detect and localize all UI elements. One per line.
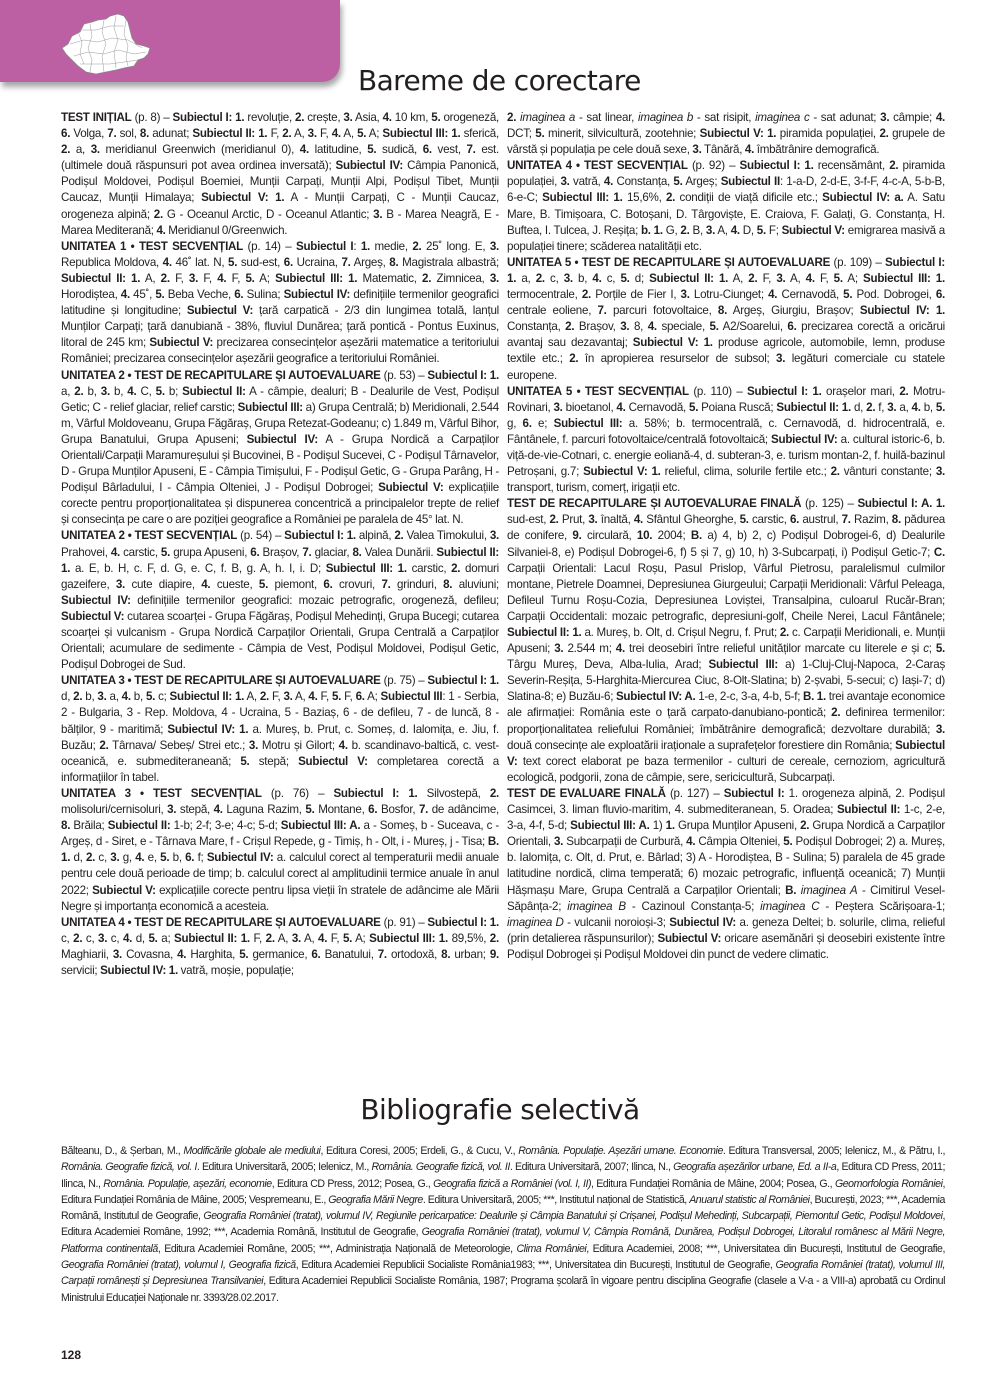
answer-entry: 2. imaginea a - sat linear, imaginea b -… [507, 110, 945, 158]
chapter-header-bar [0, 0, 340, 82]
answer-entry: TEST DE EVALUARE FINALĂ (p. 127) – Subie… [507, 786, 945, 963]
answer-entry: TEST DE RECAPITULARE ȘI AUTOEVALURAE FIN… [507, 496, 945, 786]
answer-entry: UNITATEA 5 • TEST SECVENȚIAL (p. 110) – … [507, 384, 945, 497]
answer-entry: UNITATEA 5 • TEST DE RECAPITULARE ȘI AUT… [507, 255, 945, 384]
bibliography-text: Bălteanu, D., & Șerban, M., Modificările… [61, 1143, 945, 1306]
answer-key-right-column: 2. imaginea a - sat linear, imaginea b -… [507, 110, 945, 979]
answer-key: TEST INIȚIAL (p. 8) – Subiectul I: 1. re… [61, 110, 945, 979]
page-number: 128 [61, 1348, 81, 1362]
page-title: Bareme de corectare [358, 64, 641, 97]
romania-map-icon [58, 10, 156, 76]
answer-entry: UNITATEA 2 • TEST SECVENȚIAL (p. 54) – S… [61, 528, 499, 673]
answer-entry: TEST INIȚIAL (p. 8) – Subiectul I: 1. re… [61, 110, 499, 239]
answer-entry: UNITATEA 3 • TEST DE RECAPITULARE ȘI AUT… [61, 673, 499, 786]
answer-key-left-column: TEST INIȚIAL (p. 8) – Subiectul I: 1. re… [61, 110, 499, 979]
bibliography-title: Bibliografie selectivă [0, 1093, 1000, 1126]
answer-entry: UNITATEA 1 • TEST SECVENȚIAL (p. 14) – S… [61, 239, 499, 368]
answer-entry: UNITATEA 3 • TEST SECVENȚIAL (p. 76) – S… [61, 786, 499, 915]
answer-entry: UNITATEA 2 • TEST DE RECAPITULARE ȘI AUT… [61, 368, 499, 529]
answer-entry: UNITATEA 4 • TEST DE RECAPITULARE ȘI AUT… [61, 915, 499, 979]
answer-entry: UNITATEA 4 • TEST SECVENȚIAL (p. 92) – S… [507, 158, 945, 255]
